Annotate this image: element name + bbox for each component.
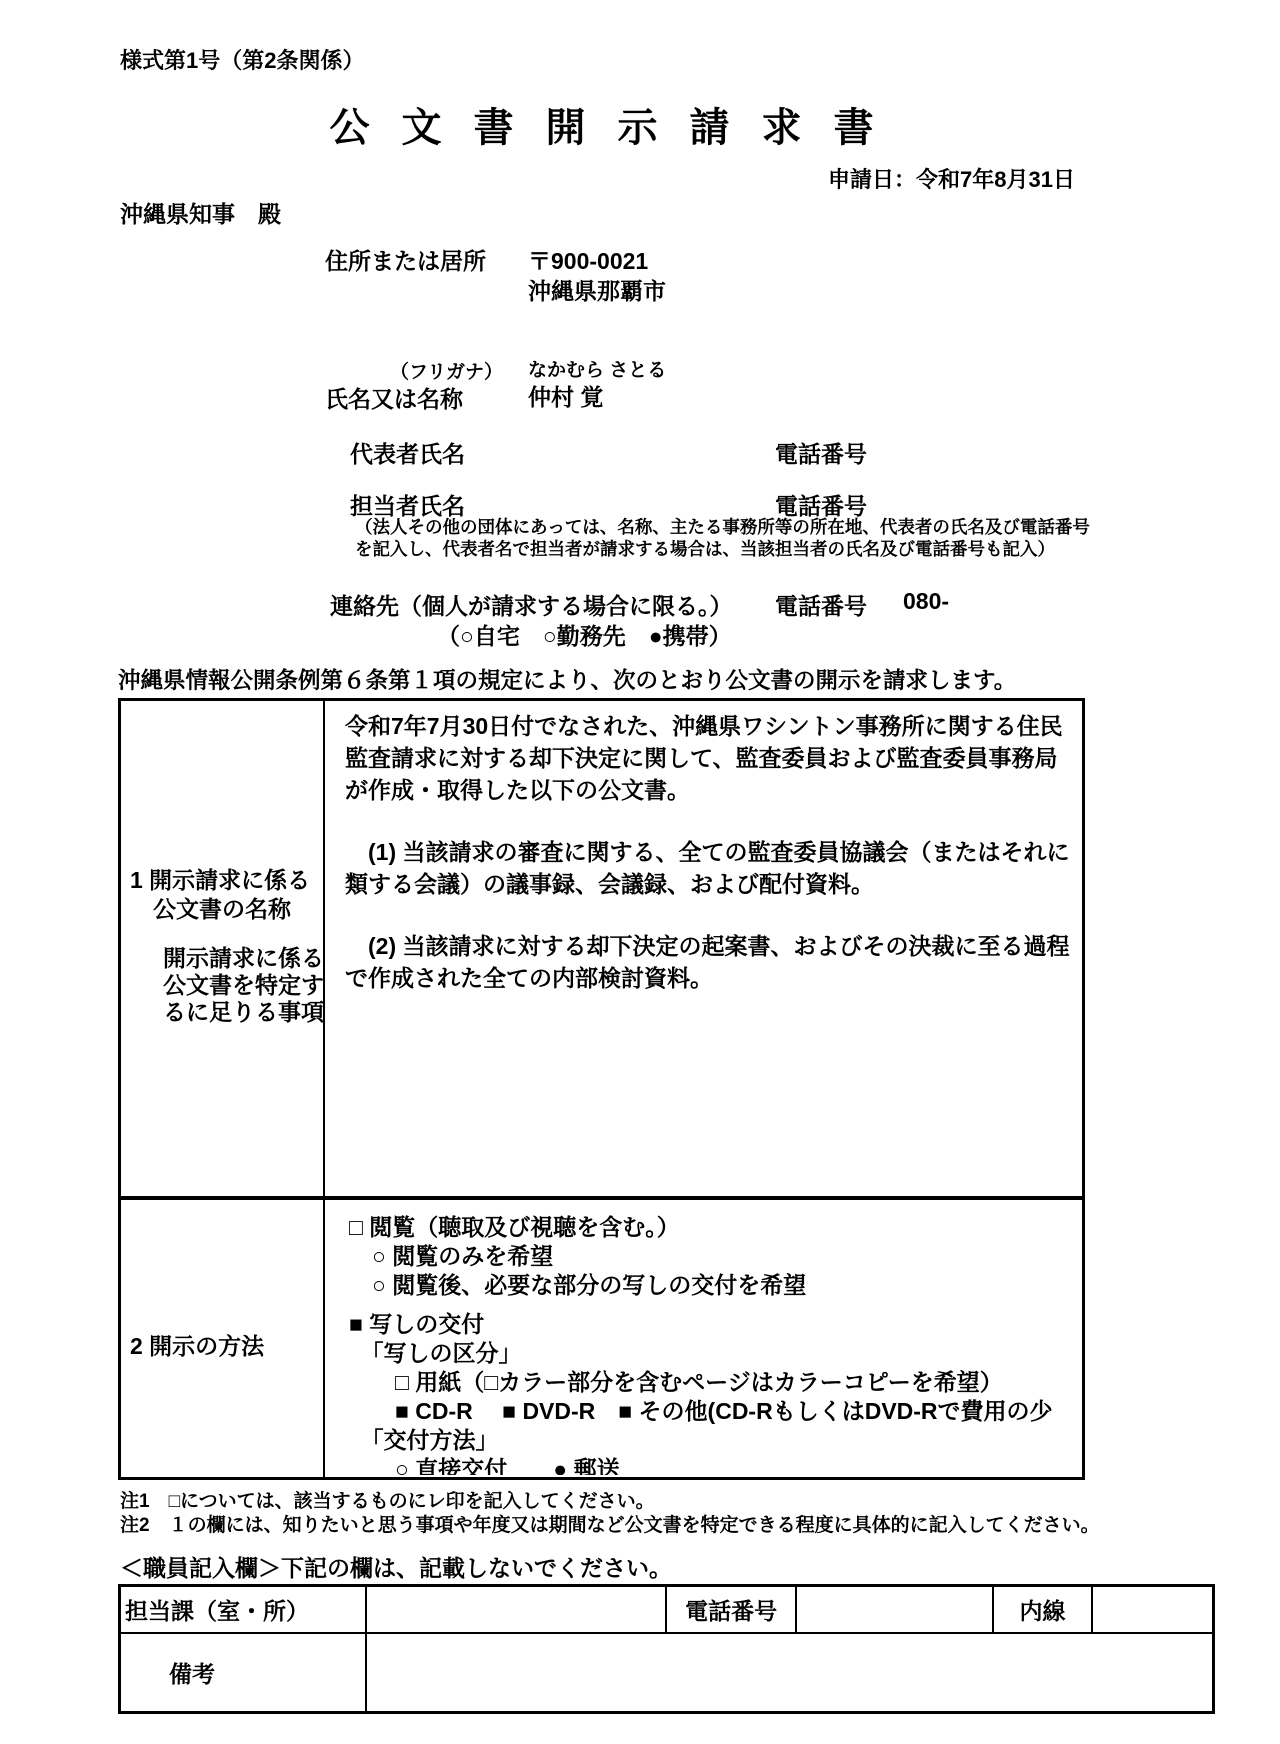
request-table-vline [323, 701, 325, 1477]
request-table-row-divider [121, 1196, 1082, 1200]
remarks-label-cell: 備考 [120, 1633, 367, 1713]
row1-label-criteria: 開示請求に係る 公文書を特定す るに足りる事項 [163, 945, 324, 1026]
corporate-note: （法人その他の団体にあっては、名称、主たる事務所等の所在地、代表者の氏名及び電話… [355, 517, 1090, 560]
application-date: 申請日：令和7年8月31日 [118, 163, 1075, 194]
name-label: 氏名又は名称 [325, 381, 463, 414]
contact-phone-value: 080- [903, 588, 949, 615]
declaration: 沖縄県情報公開条例第６条第１項の規定により、次のとおり公文書の開示を請求します。 [118, 663, 1085, 700]
city-value: 沖縄県那覇市 [528, 273, 666, 306]
contact-phone-label: 電話番号 [775, 588, 867, 621]
row1-content: 令和7年7月30日付でなされた、沖縄県ワシントン事務所に関する住民 監査請求に対… [345, 710, 1080, 1187]
contact-type-options: （○自宅 ○勤務先 ●携帯） [437, 618, 732, 651]
row1-item-2: (2) 当該請求に対する却下決定の起案書、およびその決裁に至る過程 で作成された… [345, 930, 1080, 994]
furigana-label: （フリガナ） [390, 357, 503, 384]
postal-code: 〒900-0021 [528, 243, 648, 276]
request-table: 1 開示請求に係る 公文書の名称 開示請求に係る 公文書を特定す るに足りる事項… [118, 698, 1085, 1480]
staff-table: 担当課（室・所） 電話番号 内線 備考 [118, 1584, 1215, 1714]
row2-content: □ 閲覧（聴取及び視聴を含む。） ○ 閲覧のみを希望 ○ 閲覧後、必要な部分の写… [349, 1213, 1081, 1475]
representative-label: 代表者氏名 [350, 436, 465, 469]
form-number: 様式第1号（第2条関係） [120, 44, 364, 75]
row2-label: 2 開示の方法 [130, 1328, 264, 1361]
department-value-cell [366, 1586, 666, 1633]
row1-item-1: (1) 当該請求の審査に関する、全ての監査委員協議会（またはそれに 類する会議）… [345, 836, 1080, 900]
remarks-value-cell [366, 1633, 1213, 1713]
address-label: 住所または居所 [325, 243, 486, 276]
staff-heading: ＜職員記入欄＞下記の欄は、記載しないでください。 [120, 1550, 672, 1587]
form-title: 公文書開示請求書 [118, 96, 1085, 153]
phone-label-cell: 電話番号 [666, 1586, 796, 1633]
note-2: 注2 １の欄には、知りたいと思う事項や年度又は期間など公文書を特定できる程度に具… [120, 1510, 1100, 1537]
viewing-options: □ 閲覧（聴取及び視聴を含む。） ○ 閲覧のみを希望 ○ 閲覧後、必要な部分の写… [349, 1213, 1081, 1300]
document-page: 様式第1号（第2条関係） 公文書開示請求書 申請日：令和7年8月31日 沖縄県知… [0, 0, 1280, 1744]
extension-value-cell [1092, 1586, 1213, 1633]
note-1: 注1 □については、該当するものにレ印を記入してください。 [120, 1486, 655, 1513]
addressee: 沖縄県知事 殿 [120, 196, 281, 229]
row1-intro: 令和7年7月30日付でなされた、沖縄県ワシントン事務所に関する住民 監査請求に対… [345, 710, 1080, 806]
representative-phone-label: 電話番号 [775, 436, 867, 469]
row1-label-title: 1 開示請求に係る 公文書の名称 [130, 866, 310, 924]
name-value: 仲村 覚 [528, 379, 603, 412]
contact-label: 連絡先（個人が請求する場合に限る。） [330, 588, 733, 621]
furigana-value: なかむら さとる [528, 355, 666, 382]
extension-label-cell: 内線 [993, 1586, 1092, 1633]
phone-value-cell [796, 1586, 993, 1633]
department-label-cell: 担当課（室・所） [120, 1586, 367, 1633]
copy-options: ■ 写しの交付 「写しの区分」 □ 用紙（□カラー部分を含むページはカラーコピー… [349, 1310, 1081, 1475]
